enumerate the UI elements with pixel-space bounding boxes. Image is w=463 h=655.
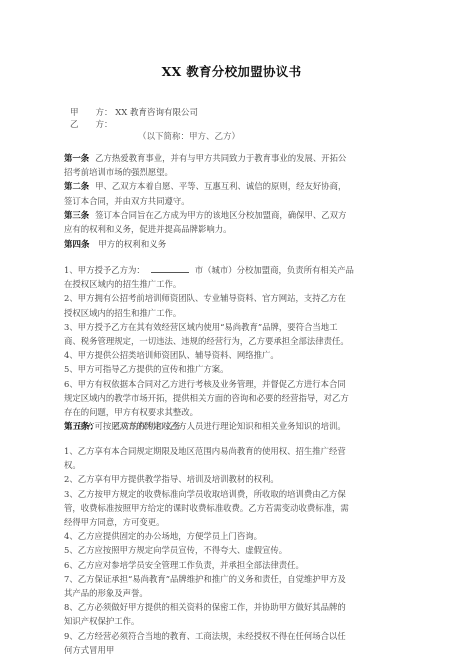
city-blank-field [151, 264, 189, 273]
list-item: 2、甲方拥有公招考前培训师资团队、专业辅导资料、官方网站，支持乙方在授权区域内的… [64, 291, 354, 319]
article-label: 第一条 [64, 153, 89, 163]
list-item: 6、甲方有权依据本合同对乙方进行考核及业务管理，并督促乙方进行本合同规定区域内的… [64, 377, 354, 420]
article-label: 第二条 [64, 181, 89, 191]
party-b-label: 乙 方： [70, 120, 113, 130]
party-a-value: XX 教育咨询有限公司 [115, 108, 198, 118]
article-5-items: 1、乙方享有本合同规定期限及地区范围内易尚教育的使用权、招生推广经营权。 2、乙… [64, 444, 354, 655]
document-title: XX 教育分校加盟协议书 [0, 62, 463, 80]
list-item: 9、乙方经营必须符合当地的教育、工商法规，未经授权不得在任何场合以任何方式冒用甲 [64, 629, 354, 655]
list-item: 3、乙方按甲方规定的收费标准向学员收取培训费，所收取的培训费由乙方保管，收费标准… [64, 487, 354, 530]
list-item: 7、乙方保证承担“易尚教育”品牌维护和推广的义务和责任，自觉维护甲方及其产品的形… [64, 572, 354, 600]
party-a-label: 甲 方： [70, 108, 113, 118]
article-4-heading: 第四条 甲方的权利和义务 [64, 238, 166, 250]
list-item: 1、甲方授予乙方为：市（城市）分校加盟商，负责所有相关产品在授权区域内的招生推广… [64, 263, 354, 291]
article-label: 第四条 [64, 240, 90, 250]
article-label: 第五条： [64, 422, 98, 432]
party-a-line: 甲 方： XX 教育咨询有限公司 [70, 106, 198, 118]
article-label: 第三条 [64, 210, 89, 220]
article-1: 第一条乙方热爱教育事业，并有与甲方共同致力于教育事业的发展、开拓公招考前培训市场… [64, 151, 354, 179]
article-4-items: 1、甲方授予乙方为：市（城市）分校加盟商，负责所有相关产品在授权区域内的招生推广… [64, 263, 354, 433]
list-item: 2、乙方享有甲方提供教学指导、培训及培训教材的权利。 [64, 472, 354, 486]
section-heading: 乙方的权利和义务 [113, 422, 181, 432]
article-text: 甲、乙双方本着自愿、平等、互惠互利、诚信的原则，经友好协商，签订本合同，并由双方… [64, 181, 346, 205]
party-b-line: 乙 方： [70, 118, 113, 130]
article-text: 签订本合同旨在乙方成为甲方的该地区分校加盟商，确保甲、乙双方应有的权利和义务，促… [64, 210, 346, 234]
article-3: 第三条签订本合同旨在乙方成为甲方的该地区分校加盟商，确保甲、乙双方应有的权利和义… [64, 208, 354, 236]
list-item: 8、乙方必须做好甲方提供的相关资料的保密工作，并协助甲方做好其品牌的知识产权保护… [64, 600, 354, 628]
section-heading: 甲方的权利和义务 [98, 240, 166, 250]
list-item: 5、甲方可指导乙方提供的宣传和推广方案。 [64, 362, 354, 376]
article-5-heading: 第五条： 乙方的权利和义务 [64, 420, 181, 432]
article-text: 乙方热爱教育事业，并有与甲方共同致力于教育事业的发展、开拓公招考前培训市场的强烈… [64, 153, 346, 177]
list-item: 5、乙方应按照甲方规定向学员宣传，不得夸大、虚假宣传。 [64, 543, 354, 557]
article-2: 第二条甲、乙双方本着自愿、平等、互惠互利、诚信的原则，经友好协商，签订本合同，并… [64, 179, 354, 207]
list-item: 4、乙方应提供固定的办公场地，方便学员上门咨询。 [64, 529, 354, 543]
document-page: XX 教育分校加盟协议书 甲 方： XX 教育咨询有限公司 乙 方： （以下简称… [0, 0, 463, 655]
list-item: 1、乙方享有本合同规定期限及地区范围内易尚教育的使用权、招生推广经营权。 [64, 444, 354, 472]
list-item: 4、甲方提供公招类培训师资团队、辅导资料、网络推广。 [64, 348, 354, 362]
abbreviation-note: （以下简称：甲方、乙方） [138, 130, 240, 142]
list-item: 6、乙方应对参培学员安全管理工作负责，并承担全部法律责任。 [64, 558, 354, 572]
list-item: 3、甲方授予乙方在其有效经营区域内使用“易尚教育”品牌，要符合当地工商、税务管理… [64, 320, 354, 348]
intro-articles: 第一条乙方热爱教育事业，并有与甲方共同致力于教育事业的发展、开拓公招考前培训市场… [64, 151, 354, 236]
